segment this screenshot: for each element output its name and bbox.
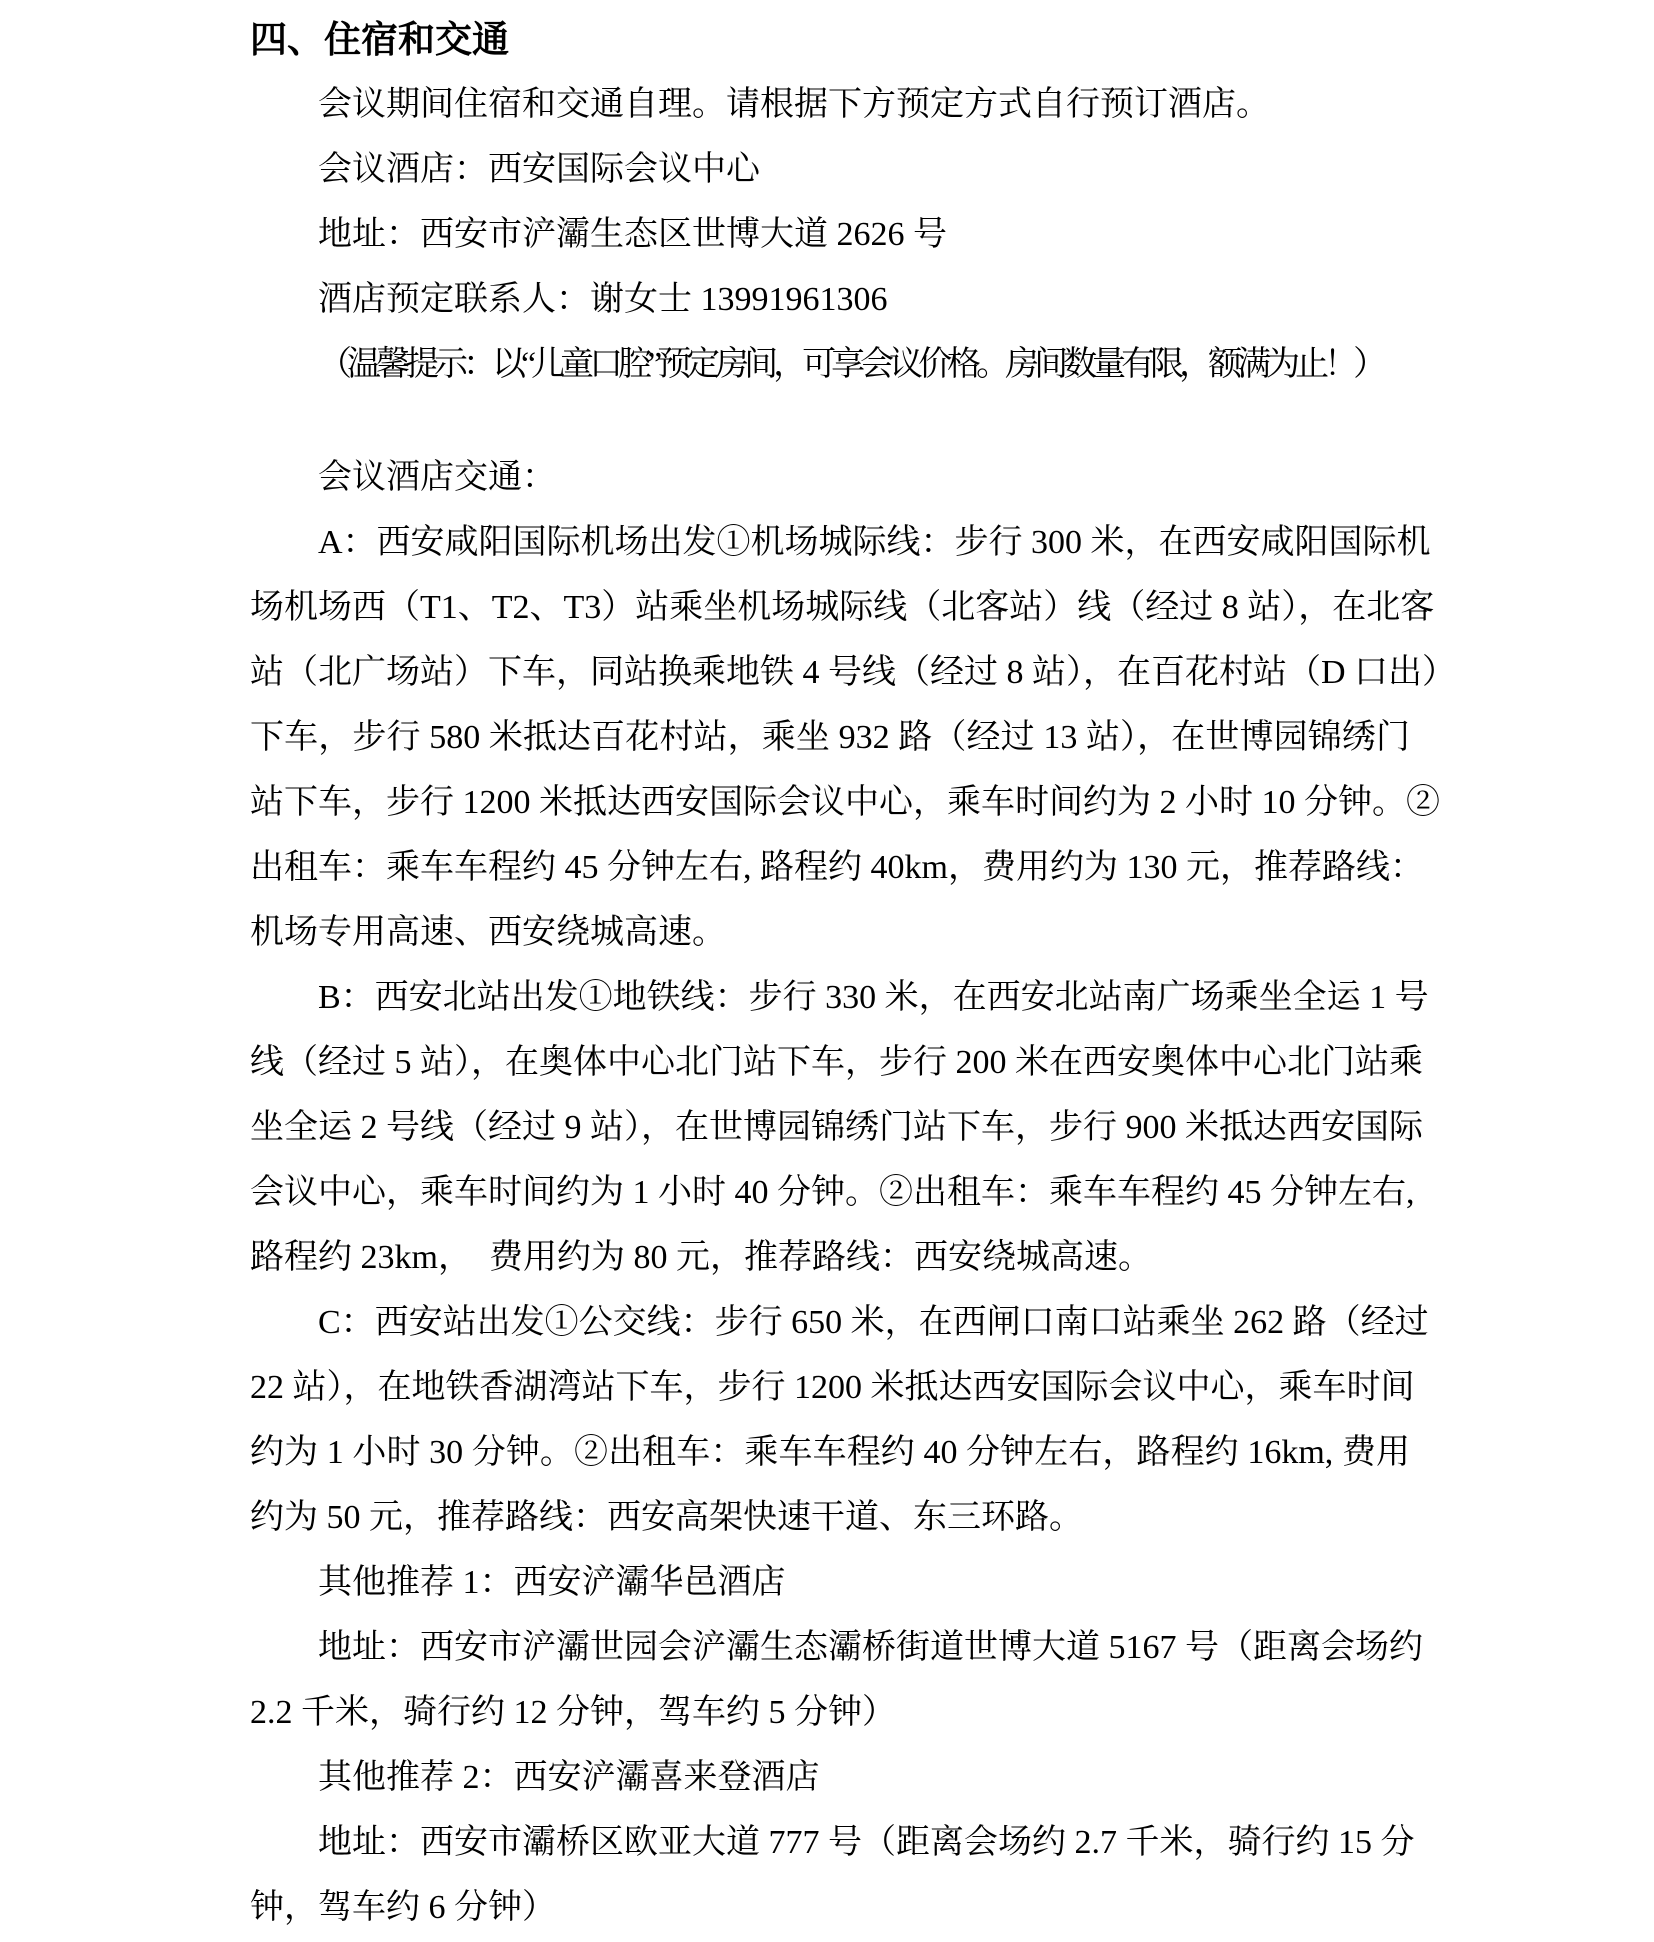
- recommend-1-address-line-2: 2.2 千米，骑行约 12 分钟，驾车约 5 分钟）: [250, 1680, 1410, 1745]
- route-a-line-6: 出租车：乘车车程约 45 分钟左右, 路程约 40km，费用约为 130 元，推…: [250, 835, 1410, 900]
- route-c-line-2: 22 站），在地铁香湖湾站下车，步行 1200 米抵达西安国际会议中心，乘车时间: [250, 1355, 1410, 1420]
- document-page: 四、住宿和交通 会议期间住宿和交通自理。请根据下方预定方式自行预订酒店。 会议酒…: [0, 0, 1654, 1942]
- route-b-line-3: 坐全运 2 号线（经过 9 站），在世博园锦绣门站下车，步行 900 米抵达西安…: [250, 1095, 1410, 1160]
- route-a-line-2: 场机场西（T1、T2、T3）站乘坐机场城际线（北客站）线（经过 8 站），在北客: [250, 575, 1410, 640]
- route-c-line-1: C：西安站出发①公交线：步行 650 米，在西闸口南口站乘坐 262 路（经过: [250, 1290, 1410, 1355]
- route-a-line-1: A：西安咸阳国际机场出发①机场城际线：步行 300 米，在西安咸阳国际机: [250, 510, 1410, 575]
- paragraph-spacer: [250, 397, 1410, 445]
- recommend-1-line: 其他推荐 1：西安浐灞华邑酒店: [250, 1550, 1410, 1615]
- section-heading: 四、住宿和交通: [250, 7, 1410, 72]
- hotel-name-line: 会议酒店：西安国际会议中心: [250, 137, 1410, 202]
- recommend-1-address-line-1: 地址：西安市浐灞世园会浐灞生态灞桥街道世博大道 5167 号（距离会场约: [250, 1615, 1410, 1680]
- recommend-2-line: 其他推荐 2：西安浐灞喜来登酒店: [250, 1745, 1410, 1810]
- intro-line: 会议期间住宿和交通自理。请根据下方预定方式自行预订酒店。: [250, 72, 1410, 137]
- route-a-line-7: 机场专用高速、西安绕城高速。: [250, 900, 1410, 965]
- route-b-line-5: 路程约 23km， 费用约为 80 元，推荐路线：西安绕城高速。: [250, 1225, 1410, 1290]
- document-content: 四、住宿和交通 会议期间住宿和交通自理。请根据下方预定方式自行预订酒店。 会议酒…: [0, 0, 1654, 1940]
- route-b-line-1: B：西安北站出发①地铁线：步行 330 米，在西安北站南广场乘坐全运 1 号: [250, 965, 1410, 1030]
- route-c-line-4: 约为 50 元，推荐路线：西安高架快速干道、东三环路。: [250, 1485, 1410, 1550]
- booking-contact-line: 酒店预定联系人：谢女士 13991961306: [250, 267, 1410, 332]
- route-a-line-5: 站下车，步行 1200 米抵达西安国际会议中心，乘车时间约为 2 小时 10 分…: [250, 770, 1410, 835]
- route-a-line-4: 下车，步行 580 米抵达百花村站，乘坐 932 路（经过 13 站），在世博园…: [250, 705, 1410, 770]
- recommend-2-address-line-2: 钟，驾车约 6 分钟）: [250, 1875, 1410, 1940]
- reminder-line: （温馨提示：以“儿童口腔”预定房间，可享会议价格。房间数量有限，额满为止！）: [250, 332, 1410, 397]
- recommend-2-address-line-1: 地址：西安市灞桥区欧亚大道 777 号（距离会场约 2.7 千米，骑行约 15 …: [250, 1810, 1410, 1875]
- route-b-line-4: 会议中心，乘车时间约为 1 小时 40 分钟。②出租车：乘车车程约 45 分钟左…: [250, 1160, 1410, 1225]
- route-b-line-2: 线（经过 5 站），在奥体中心北门站下车，步行 200 米在西安奥体中心北门站乘: [250, 1030, 1410, 1095]
- route-c-line-3: 约为 1 小时 30 分钟。②出租车：乘车车程约 40 分钟左右，路程约 16k…: [250, 1420, 1410, 1485]
- hotel-address-line: 地址：西安市浐灞生态区世博大道 2626 号: [250, 202, 1410, 267]
- route-a-line-3: 站（北广场站）下车，同站换乘地铁 4 号线（经过 8 站），在百花村站（D 口出…: [250, 640, 1410, 705]
- transport-heading-line: 会议酒店交通：: [250, 445, 1410, 510]
